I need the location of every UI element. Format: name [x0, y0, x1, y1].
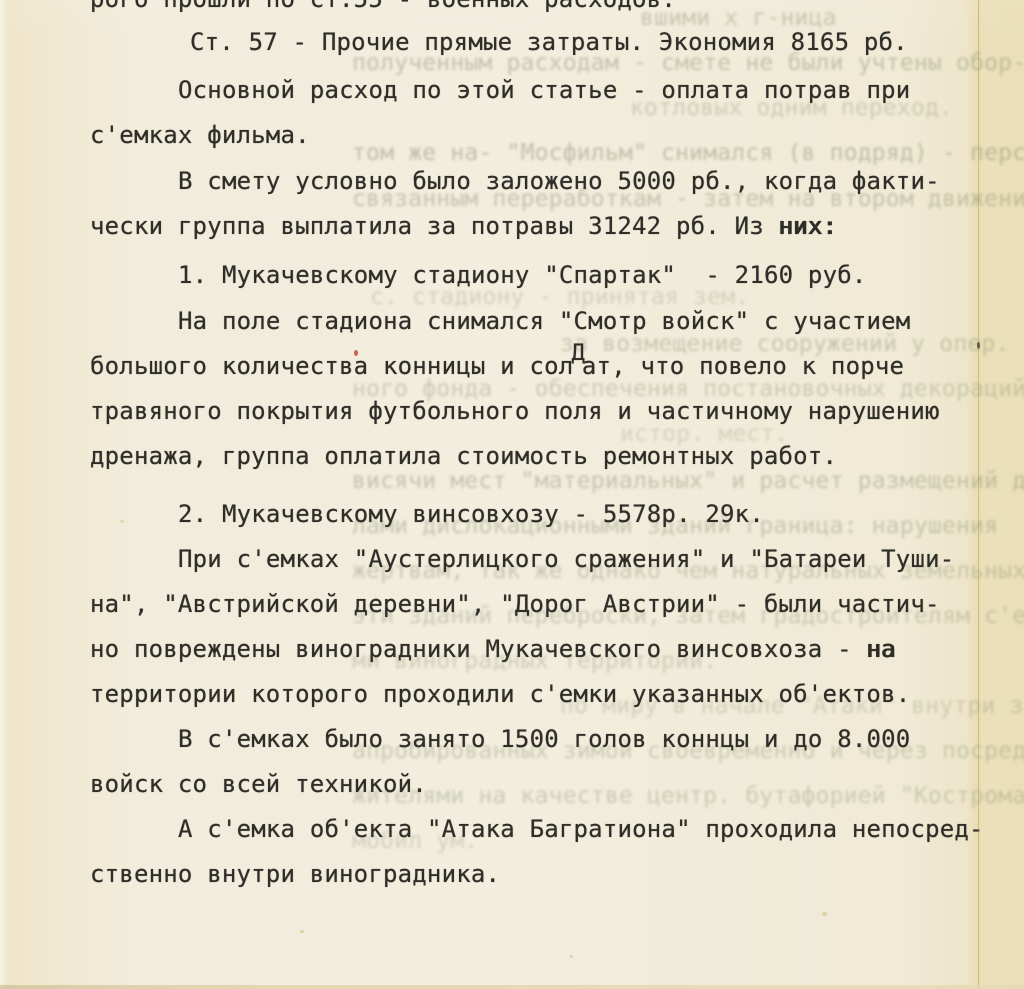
text-segment: ственно внутри виноградника.: [90, 860, 500, 888]
text-segment: В с'емках было занято 1500 голов коннцы …: [178, 725, 910, 753]
paper-right-edge: [978, 0, 979, 989]
text-segment: войск со всей техникой.: [90, 770, 427, 798]
red-ink-speck: [354, 350, 358, 356]
text-segment: на", "Австрийской деревни", "Дорог Австр…: [90, 590, 940, 618]
text-segment: чески группа выплатила за потравы 31242 …: [90, 212, 779, 240]
paper-speck: [120, 520, 124, 523]
text-segment: травяного покрытия футбольного поля и ча…: [90, 397, 940, 425]
paper-speck: [977, 342, 980, 349]
text-layer: рого прошли по ст.55 - военных расходов.…: [0, 0, 1024, 989]
typewritten-text-line: рого прошли по ст.55 - военных расходов.: [90, 0, 676, 14]
typewritten-text-line: При с'емках "Аустерлицкого сражения" и "…: [178, 544, 954, 574]
paper-speck: [822, 912, 827, 916]
text-segment: территории которого проходили с'емки ука…: [90, 680, 910, 708]
paper-bottom-edge: [0, 985, 1024, 989]
typewritten-text-line: дренажа, группа оплатила стоимость ремон…: [90, 441, 837, 471]
text-segment: Ст. 57 - Прочие прямые затраты. Экономия…: [190, 28, 908, 56]
paper-speck: [300, 930, 304, 933]
text-segment: рого прошли по ст.55 - военных расходов.: [90, 0, 676, 13]
text-segment: большого количества конницы и сол: [90, 352, 573, 380]
typewritten-text-line: ственно внутри виноградника.: [90, 859, 500, 889]
text-segment: но повреждены виноградники Мукачевского …: [90, 635, 866, 663]
handtyped-insertion: Д: [571, 339, 584, 369]
typewritten-text-line: Основной расход по этой статье - оплата …: [178, 75, 910, 105]
text-segment: А с'емка об'екта "Атака Багратиона" прох…: [178, 815, 984, 843]
text-segment: 1. Мукачевскому стадиону "Спартак" - 216…: [178, 261, 867, 289]
typewritten-text-line: войск со всей техникой.: [90, 769, 427, 799]
scanned-document-page: вшими х г-ницаполученным расходам - смет…: [0, 0, 1024, 989]
typewritten-text-line: 2. Мукачевскому винсовхозу - 5578р. 29к.: [178, 499, 764, 529]
typewritten-text-line: с'емках фильма.: [90, 120, 310, 150]
text-segment: дренажа, группа оплатила стоимость ремон…: [90, 442, 837, 470]
text-segment: ат, что повело к порче: [582, 352, 904, 380]
text-segment: них:: [779, 212, 838, 240]
typewritten-text-line: большого количества конницы и солДат, чт…: [90, 351, 904, 383]
typewritten-text-line: Ст. 57 - Прочие прямые затраты. Экономия…: [190, 27, 908, 57]
typewritten-text-line: но повреждены виноградники Мукачевского …: [90, 634, 896, 664]
typewritten-text-line: чески группа выплатила за потравы 31242 …: [90, 211, 837, 241]
typewritten-text-line: на", "Австрийской деревни", "Дорог Австр…: [90, 589, 940, 619]
text-segment: На поле стадиона снимался "Смотр войск" …: [178, 307, 910, 335]
text-segment: Основной расход по этой статье - оплата …: [178, 76, 910, 104]
paper-speck: [570, 955, 573, 958]
text-segment: с'емках фильма.: [90, 121, 310, 149]
typewritten-text-line: травяного покрытия футбольного поля и ча…: [90, 396, 940, 426]
text-segment: 2. Мукачевскому винсовхозу - 5578р. 29к.: [178, 500, 764, 528]
typewritten-text-line: На поле стадиона снимался "Смотр войск" …: [178, 306, 910, 336]
typewritten-text-line: В с'емках было занято 1500 голов коннцы …: [178, 724, 910, 754]
typewritten-text-line: 1. Мукачевскому стадиону "Спартак" - 216…: [178, 260, 867, 290]
text-segment: на: [866, 635, 895, 663]
typewritten-text-line: В смету условно было заложено 5000 рб., …: [178, 166, 940, 196]
paper-speck: [905, 62, 909, 66]
typewritten-text-line: А с'емка об'екта "Атака Багратиона" прох…: [178, 814, 984, 844]
text-segment: При с'емках "Аустерлицкого сражения" и "…: [178, 545, 954, 573]
typewritten-text-line: территории которого проходили с'емки ука…: [90, 679, 910, 709]
text-segment: В смету условно было заложено 5000 рб., …: [178, 167, 940, 195]
